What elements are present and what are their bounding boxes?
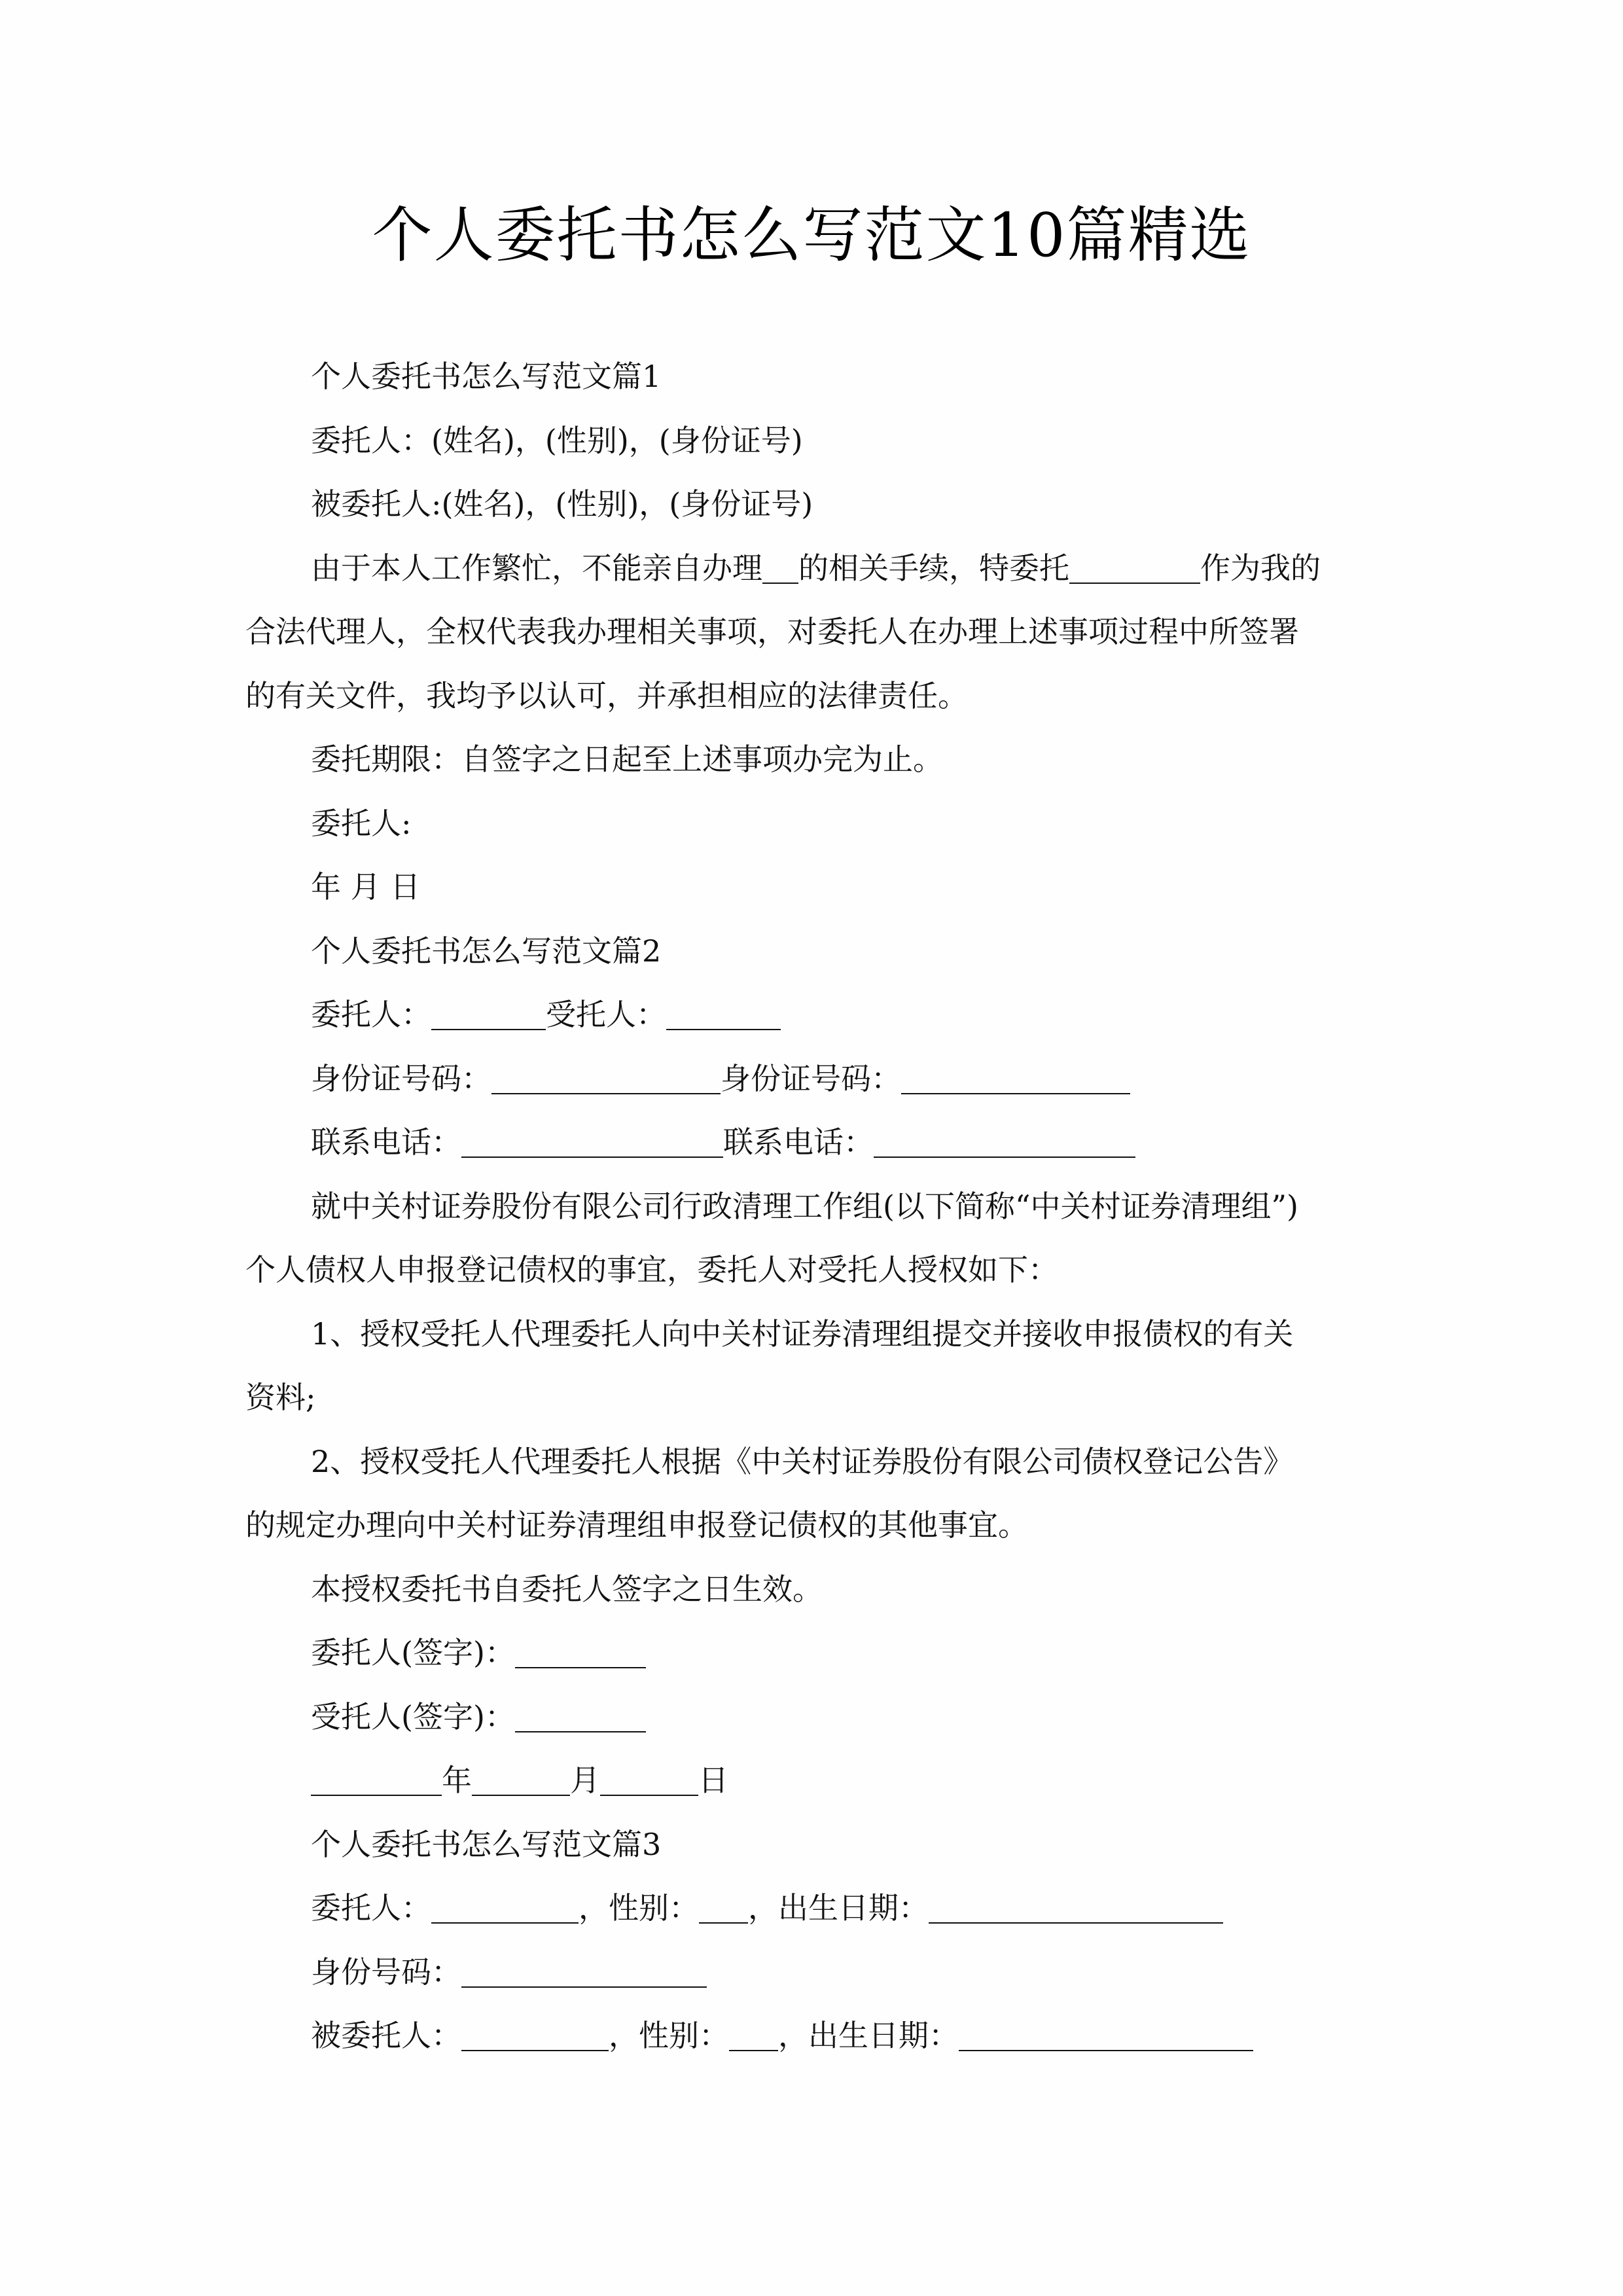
fill-in-blank [959, 2020, 1253, 2051]
text-line: 资料; [245, 1378, 316, 1417]
line-text: 委托人: [311, 804, 412, 843]
fill-in-blank [461, 1126, 723, 1158]
line-text: 身份号码： [311, 1952, 461, 1992]
text-line: 委托人：受托人： [311, 995, 781, 1034]
document-page: 个人委托书怎么写范文10篇精选 个人委托书怎么写范文篇1委托人：(姓名)，(性别… [0, 0, 1623, 2296]
line-text: 日 [698, 1761, 728, 1800]
text-line: 被委托人：，性别：，出生日期： [311, 2016, 1253, 2055]
text-line: 的规定办理向中关村证券清理组申报登记债权的其他事宜。 [245, 1505, 1028, 1545]
line-text: ，性别： [609, 2016, 729, 2055]
line-text: 委托人： [311, 1888, 431, 1928]
text-line: 委托人：(姓名)，(性别)，(身份证号) [311, 421, 803, 460]
fill-in-blank [515, 1637, 646, 1668]
line-text: 个人委托书怎么写范文篇2 [311, 931, 661, 971]
line-text: 联系电话： [311, 1122, 461, 1162]
text-line: 的有关文件，我均予以认可，并承担相应的法律责任。 [245, 676, 968, 715]
fill-in-blank [729, 2020, 778, 2051]
line-text: 2、授权受托人代理委托人根据《中关村证券股份有限公司债权登记公告》 [311, 1442, 1293, 1481]
fill-in-blank [431, 1892, 579, 1924]
text-line: 本授权委托书自委托人签字之日生效。 [311, 1570, 823, 1609]
fill-in-blank [472, 1765, 570, 1796]
text-line: 个人委托书怎么写范文篇1 [311, 357, 661, 396]
line-text: 月 [570, 1761, 600, 1800]
fill-in-blank [515, 1701, 646, 1732]
text-line: 被委托人:(姓名)，(性别)，(身份证号) [311, 484, 813, 524]
line-text: 个人债权人申报登记债权的事宜，委托人对受托人授权如下： [245, 1250, 1058, 1289]
line-text: ，性别： [579, 1888, 699, 1928]
fill-in-blank [461, 2020, 609, 2051]
fill-in-blank [461, 1956, 707, 1988]
line-text: ，出生日期： [748, 1888, 929, 1928]
line-text: 由于本人工作繁忙，不能亲自办理 [311, 548, 762, 588]
text-line: 年 月 日 [311, 867, 420, 906]
text-line: 委托人(签字)： [311, 1633, 646, 1672]
text-line: 就中关村证券股份有限公司行政清理工作组(以下简称“中关村证券清理组”) [311, 1187, 1298, 1226]
text-line: 合法代理人，全权代表我办理相关事项，对委托人在办理上述事项过程中所签署 [245, 612, 1299, 651]
fill-in-blank [1069, 552, 1200, 584]
text-line: 委托人：，性别：，出生日期： [311, 1888, 1223, 1928]
document-title: 个人委托书怎么写范文10篇精选 [0, 196, 1623, 275]
text-line: 身份号码： [311, 1952, 707, 1992]
line-text: 联系电话： [723, 1122, 874, 1162]
fill-in-blank [874, 1126, 1135, 1158]
fill-in-blank [491, 1063, 721, 1094]
fill-in-blank [431, 999, 546, 1030]
line-text: 1、授权受托人代理委托人向中关村证券清理组提交并接收申报债权的有关 [311, 1314, 1293, 1354]
fill-in-blank [311, 1765, 442, 1796]
line-text: 受托人： [546, 995, 666, 1034]
line-text: 委托人：(姓名)，(性别)，(身份证号) [311, 421, 803, 460]
text-line: 身份证号码：身份证号码： [311, 1059, 1130, 1098]
text-line: 委托人: [311, 804, 412, 843]
line-text: 身份证号码： [721, 1059, 901, 1098]
fill-in-blank [901, 1063, 1130, 1094]
text-line: 由于本人工作繁忙，不能亲自办理的相关手续，特委托作为我的 [311, 548, 1321, 588]
line-text: 的相关手续，特委托 [798, 548, 1069, 588]
line-text: 年 [442, 1761, 472, 1800]
line-text: 本授权委托书自委托人签字之日生效。 [311, 1570, 823, 1609]
line-text: ，出生日期： [778, 2016, 959, 2055]
fill-in-blank [666, 999, 781, 1030]
line-text: 资料; [245, 1378, 316, 1417]
line-text: 就中关村证券股份有限公司行政清理工作组(以下简称“中关村证券清理组”) [311, 1187, 1298, 1226]
fill-in-blank [762, 552, 798, 584]
text-line: 1、授权受托人代理委托人向中关村证券清理组提交并接收申报债权的有关 [311, 1314, 1293, 1354]
text-line: 个人债权人申报登记债权的事宜，委托人对受托人授权如下： [245, 1250, 1058, 1289]
text-line: 联系电话：联系电话： [311, 1122, 1135, 1162]
text-line: 受托人(签字)： [311, 1697, 646, 1736]
line-text: 委托期限：自签字之日起至上述事项办完为止。 [311, 740, 943, 779]
line-text: 被委托人:(姓名)，(性别)，(身份证号) [311, 484, 813, 524]
line-text: 委托人： [311, 995, 431, 1034]
fill-in-blank [929, 1892, 1223, 1924]
line-text: 身份证号码： [311, 1059, 491, 1098]
text-line: 委托期限：自签字之日起至上述事项办完为止。 [311, 740, 943, 779]
fill-in-blank [699, 1892, 748, 1924]
line-text: 个人委托书怎么写范文篇3 [311, 1825, 661, 1864]
line-text: 受托人(签字)： [311, 1697, 515, 1736]
text-line: 年月日 [311, 1761, 728, 1800]
line-text: 年 月 日 [311, 867, 420, 906]
line-text: 被委托人： [311, 2016, 461, 2055]
fill-in-blank [600, 1765, 698, 1796]
text-line: 个人委托书怎么写范文篇3 [311, 1825, 661, 1864]
text-line: 2、授权受托人代理委托人根据《中关村证券股份有限公司债权登记公告》 [311, 1442, 1293, 1481]
text-line: 个人委托书怎么写范文篇2 [311, 931, 661, 971]
line-text: 的有关文件，我均予以认可，并承担相应的法律责任。 [245, 676, 968, 715]
line-text: 个人委托书怎么写范文篇1 [311, 357, 661, 396]
line-text: 合法代理人，全权代表我办理相关事项，对委托人在办理上述事项过程中所签署 [245, 612, 1299, 651]
line-text: 作为我的 [1200, 548, 1321, 588]
line-text: 委托人(签字)： [311, 1633, 515, 1672]
line-text: 的规定办理向中关村证券清理组申报登记债权的其他事宜。 [245, 1505, 1028, 1545]
